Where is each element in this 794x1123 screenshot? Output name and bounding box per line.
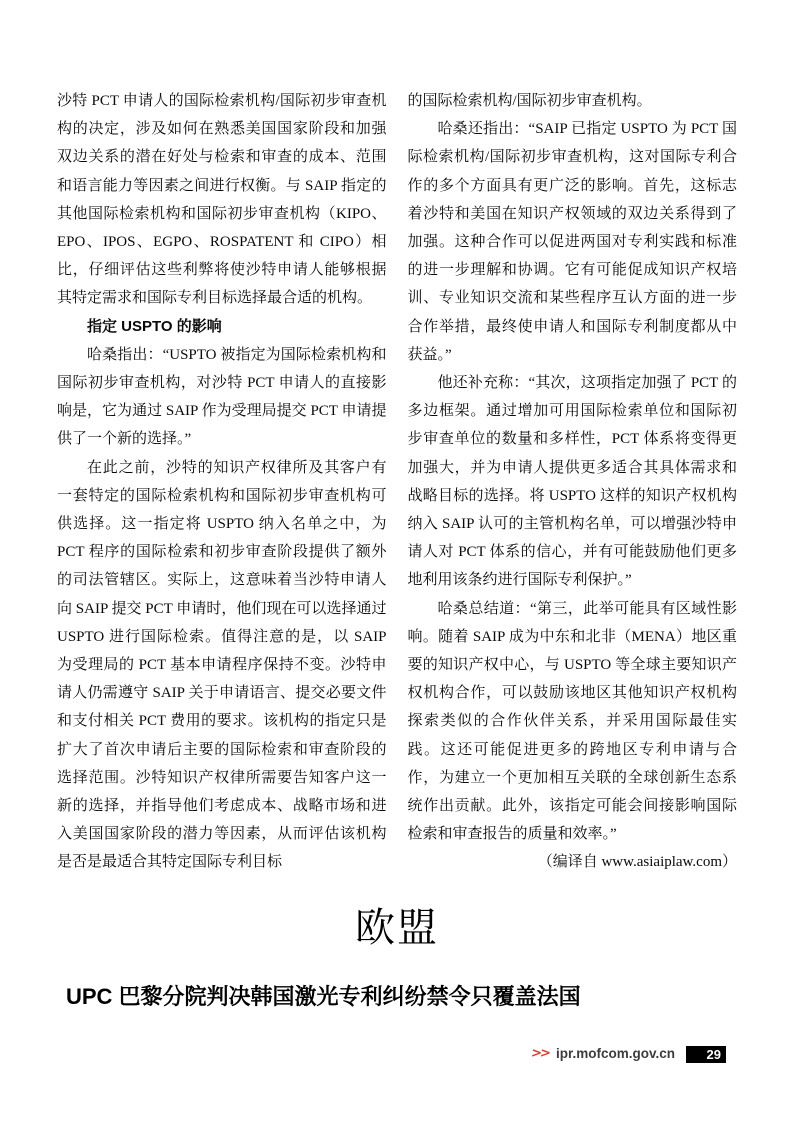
footer-site-url: ipr.mofcom.gov.cn: [556, 1045, 675, 1063]
subsection-heading: 指定 USPTO 的影响: [57, 313, 387, 341]
next-article-title: UPC 巴黎分院判决韩国激光专利纠纷禁令只覆盖法国: [66, 983, 746, 1011]
page-footer: >> ipr.mofcom.gov.cn 29: [531, 1045, 726, 1063]
paragraph: 哈桑总结道：“第三，此举可能具有区域性影响。随着 SAIP 成为中东和北非（ME…: [408, 595, 738, 849]
paragraph: 哈桑指出：“USPTO 被指定为国际检索机构和国际初步审查机构，对沙特 PCT …: [57, 341, 387, 454]
paragraph: 他还补充称：“其次，这项指定加强了 PCT 的多边框架。通过增加可用国际检索单位…: [408, 369, 738, 595]
paragraph-continuation: 沙特 PCT 申请人的国际检索机构/国际初步审查机构的决定，涉及如何在熟悉美国国…: [57, 87, 387, 313]
attribution: （编译自 www.asiaiplaw.com）: [408, 848, 738, 876]
article-body: 沙特 PCT 申请人的国际检索机构/国际初步审查机构的决定，涉及如何在熟悉美国国…: [57, 87, 737, 877]
page-number-badge: 29: [686, 1046, 726, 1063]
paragraph: 在此之前，沙特的知识产权律所及其客户有一套特定的国际检索机构和国际初步审查机构可…: [57, 454, 387, 877]
article-column-right: 的国际检索机构/国际初步审查机构。 哈桑还指出：“SAIP 已指定 USPTO …: [408, 87, 738, 877]
double-chevron-icon: >>: [530, 1045, 550, 1063]
document-page: 沙特 PCT 申请人的国际检索机构/国际初步审查机构的决定，涉及如何在熟悉美国国…: [0, 0, 794, 1123]
article-column-left: 沙特 PCT 申请人的国际检索机构/国际初步审查机构的决定，涉及如何在熟悉美国国…: [57, 87, 387, 877]
section-title: 欧盟: [0, 905, 794, 951]
paragraph-continuation: 的国际检索机构/国际初步审查机构。: [408, 87, 738, 115]
paragraph: 哈桑还指出：“SAIP 已指定 USPTO 为 PCT 国际检索机构/国际初步审…: [408, 115, 738, 369]
